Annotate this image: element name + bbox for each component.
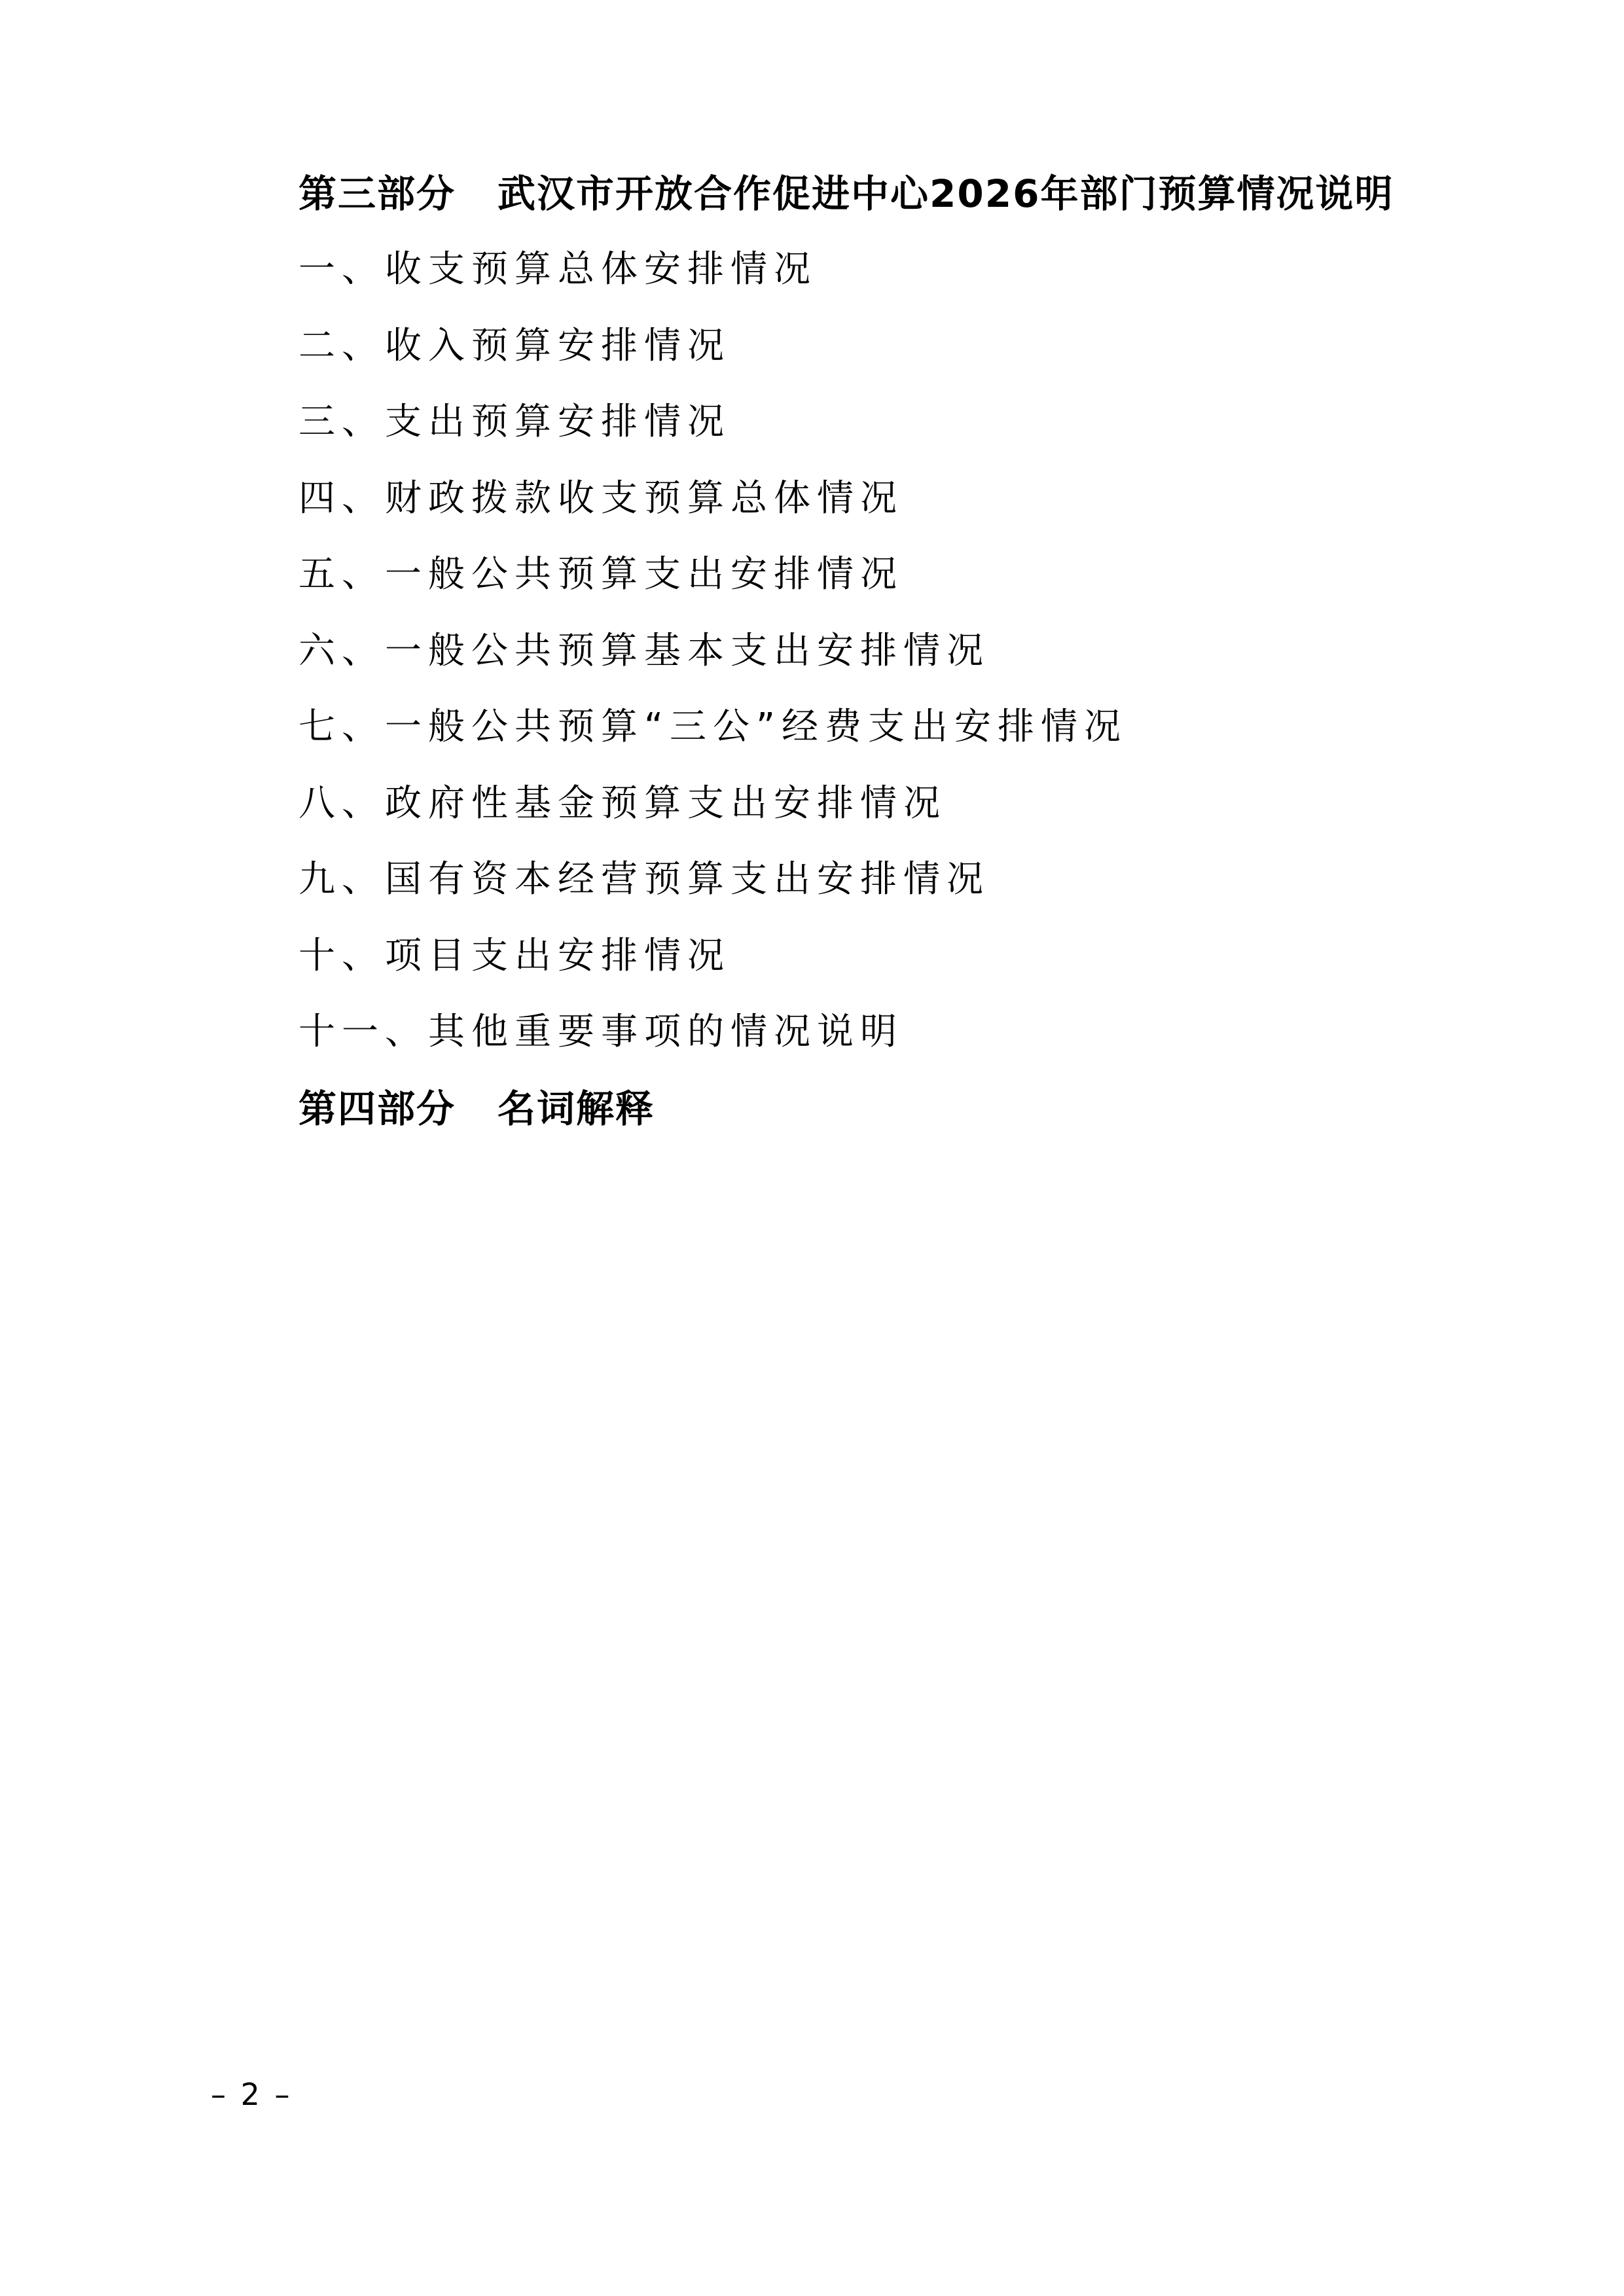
part4-heading: 第四部分名词解释 xyxy=(211,1071,1415,1147)
part4-label: 第四部分 xyxy=(298,1086,456,1131)
page-number: – 2 – xyxy=(211,2075,293,2114)
document-page: 第三部分武汉市开放合作促进中心2026年部门预算情况说明 一、收支预算总体安排情… xyxy=(211,156,1415,1147)
section-item-6: 六、一般公共预算基本支出安排情况 xyxy=(211,613,1415,690)
part3-title: 武汉市开放合作促进中心2026年部门预算情况说明 xyxy=(497,171,1394,216)
part4-title: 名词解释 xyxy=(497,1086,655,1131)
part3-label: 第三部分 xyxy=(298,171,456,216)
section-item-11: 十一、其他重要事项的情况说明 xyxy=(211,994,1415,1071)
section-item-4: 四、财政拨款收支预算总体情况 xyxy=(211,461,1415,537)
section-item-7: 七、一般公共预算“三公”经费支出安排情况 xyxy=(211,689,1415,766)
section-item-1: 一、收支预算总体安排情况 xyxy=(211,232,1415,308)
section-item-5: 五、一般公共预算支出安排情况 xyxy=(211,537,1415,613)
section-item-10: 十、项目支出安排情况 xyxy=(211,918,1415,995)
part3-heading: 第三部分武汉市开放合作促进中心2026年部门预算情况说明 xyxy=(211,156,1415,232)
section-item-2: 二、收入预算安排情况 xyxy=(211,308,1415,385)
section-list: 一、收支预算总体安排情况 二、收入预算安排情况 三、支出预算安排情况 四、财政拨… xyxy=(211,232,1415,1071)
section-item-3: 三、支出预算安排情况 xyxy=(211,384,1415,461)
section-item-9: 九、国有资本经营预算支出安排情况 xyxy=(211,842,1415,918)
section-item-8: 八、政府性基金预算支出安排情况 xyxy=(211,766,1415,842)
